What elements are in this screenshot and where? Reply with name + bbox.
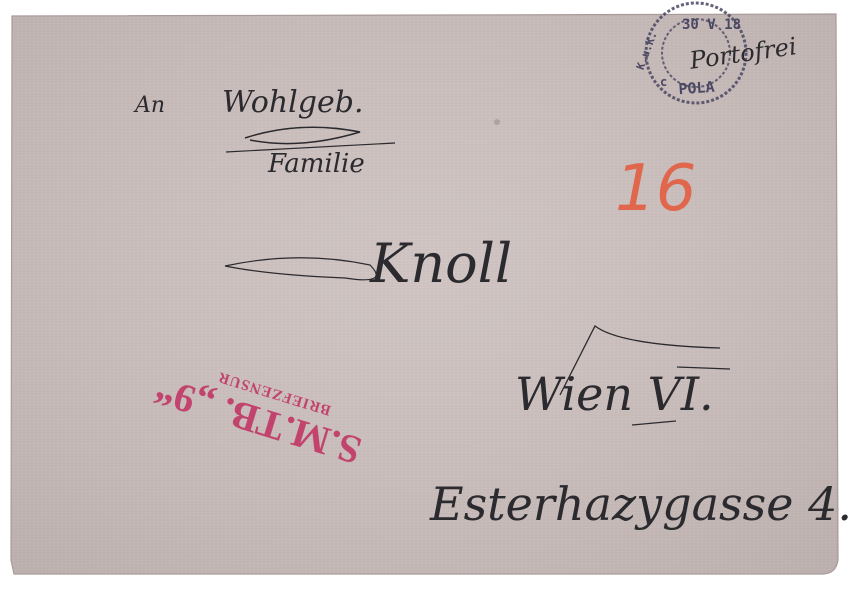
postmark-place: POLA (678, 78, 715, 98)
envelope-photo: 30 V 18 POLA c K.u.K. Portofrei An Wohlg… (0, 0, 850, 589)
red-mark: 16 (615, 152, 696, 226)
surname: Knoll (369, 232, 512, 295)
address-line-2: Familie (267, 149, 365, 179)
salutation-prefix: An (133, 93, 165, 118)
street: Esterhazygasse 4. (429, 477, 850, 531)
postmark-date: 30 V 18 (682, 17, 741, 33)
salutation: Wohlgeb. (222, 85, 363, 120)
postmark-letter: c (660, 75, 667, 89)
city: Wien VI. (515, 367, 714, 421)
